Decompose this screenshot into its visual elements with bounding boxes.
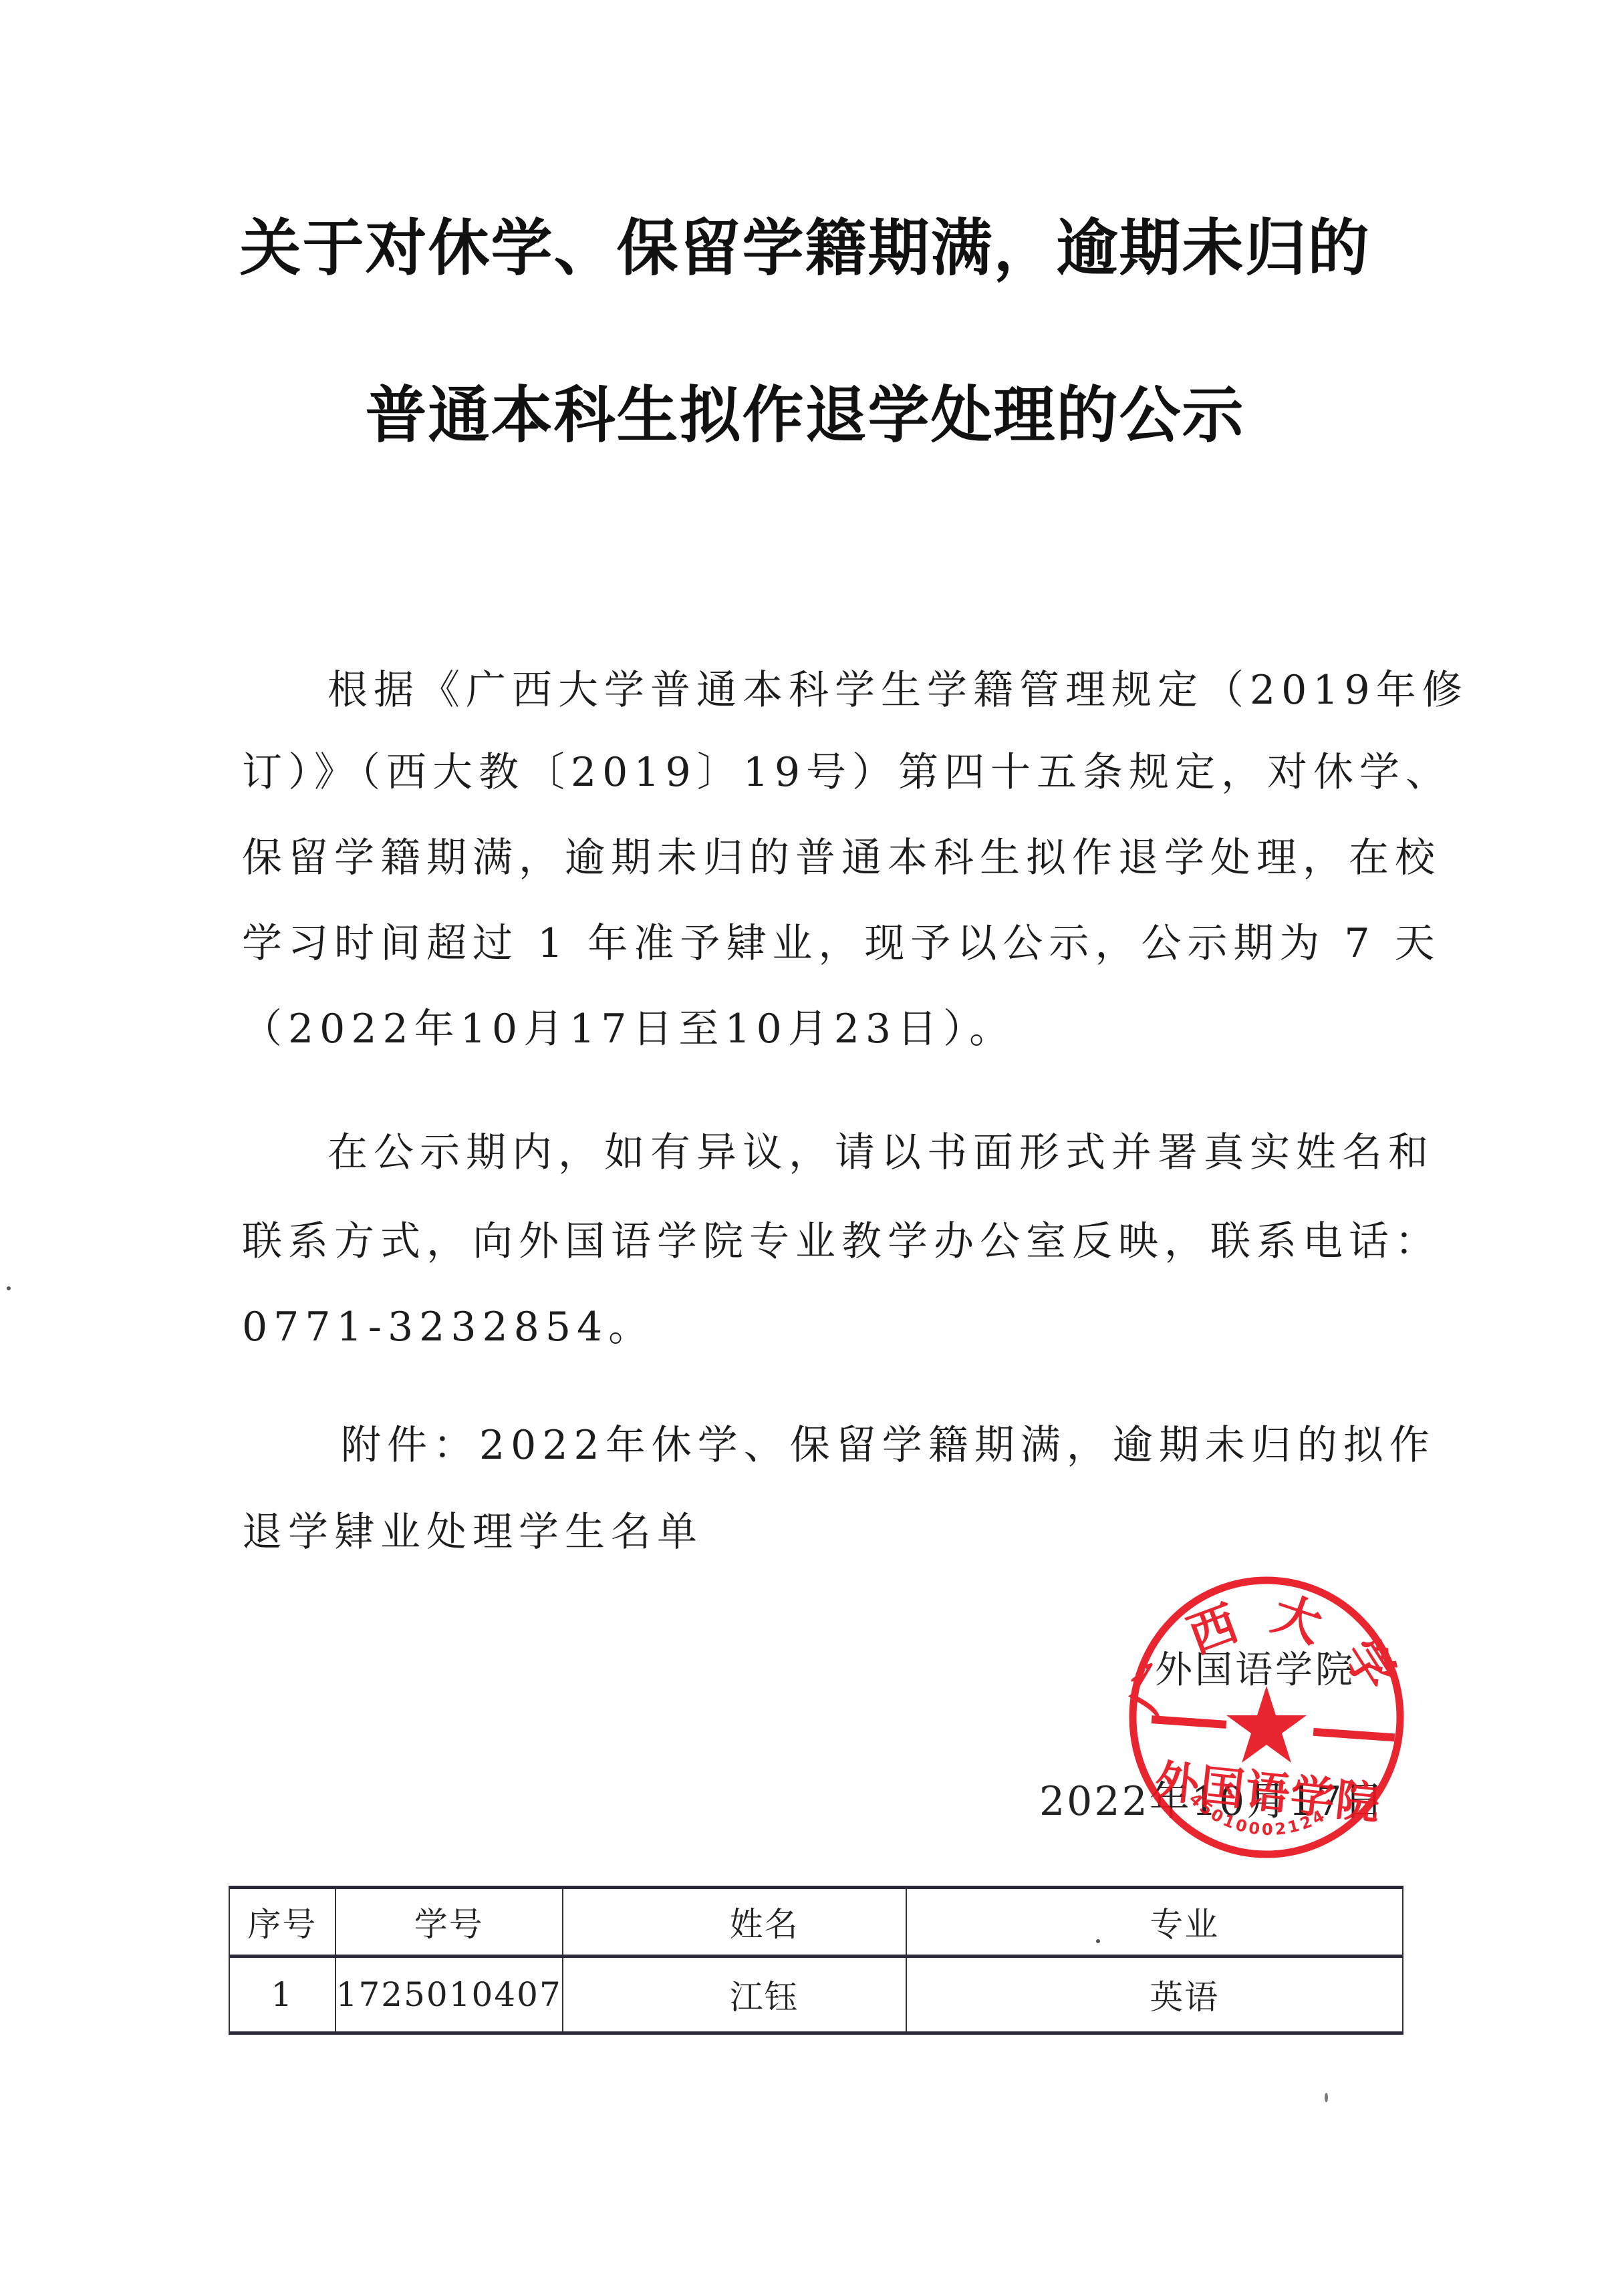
paragraph-1-line-1: 根据《广西大学普通本科学生学籍管理规定（2019年修: [327, 658, 1391, 716]
paragraph-2-line-1: 在公示期内，如有异议，请以书面形式并署真实姓名和: [327, 1121, 1391, 1178]
scan-speck: [1096, 1939, 1100, 1943]
document-page: 关于对休学、保留学籍期满，逾期未归的 普通本科生拟作退学处理的公示 根据《广西大…: [0, 0, 1610, 2296]
signature-organization: 外国语学院: [1155, 1640, 1355, 1694]
header-name: 姓名: [563, 1888, 906, 1957]
scan-speck: [1325, 2093, 1328, 2102]
header-seq: 序号: [229, 1888, 336, 1957]
attachment-line-1: 附件：2022年休学、保留学籍期满，逾期未归的拟作: [341, 1413, 1373, 1471]
paragraph-1-line-4: 学习时间超过 1 年准予肄业，现予以公示，公示期为 7 天: [242, 911, 1391, 969]
paragraph-2-line-3: 0771-3232854。: [242, 1295, 1391, 1352]
paragraph-1-line-3: 保留学籍期满，逾期未归的普通本科生拟作退学处理，在校: [242, 826, 1391, 883]
paragraph-1-line-2: 订）》（西大教〔2019〕19号）第四十五条规定，对休学、: [242, 740, 1391, 798]
document-title-line-1: 关于对休学、保留学籍期满，逾期未归的: [0, 199, 1610, 287]
header-student-id: 学号: [336, 1888, 563, 1957]
signature-date: 2022年10月17日: [1039, 1769, 1385, 1827]
paragraph-1-line-5: （2022年10月17日至10月23日）。: [242, 997, 1391, 1054]
paragraph-2-line-2: 联系方式，向外国语学院专业教学办公室反映，联系电话：: [242, 1209, 1391, 1267]
cell-seq: 1: [229, 1957, 336, 2033]
document-title-line-2: 普通本科生拟作退学处理的公示: [0, 366, 1610, 454]
cell-major: 英语: [906, 1957, 1403, 2033]
table-row: 1 1725010407 江钰 英语: [229, 1957, 1403, 2033]
cell-name: 江钰: [563, 1957, 906, 2033]
header-major: 专业: [906, 1888, 1403, 1957]
cell-student-id: 1725010407: [336, 1957, 563, 2033]
attachment-line-2: 退学肄业处理学生名单: [242, 1500, 1391, 1558]
scan-speck: [7, 1286, 11, 1290]
student-roster-table: 序号 学号 姓名 专业 1 1725010407 江钰 英语: [229, 1886, 1403, 2035]
table-header-row: 序号 学号 姓名 专业: [229, 1888, 1403, 1957]
